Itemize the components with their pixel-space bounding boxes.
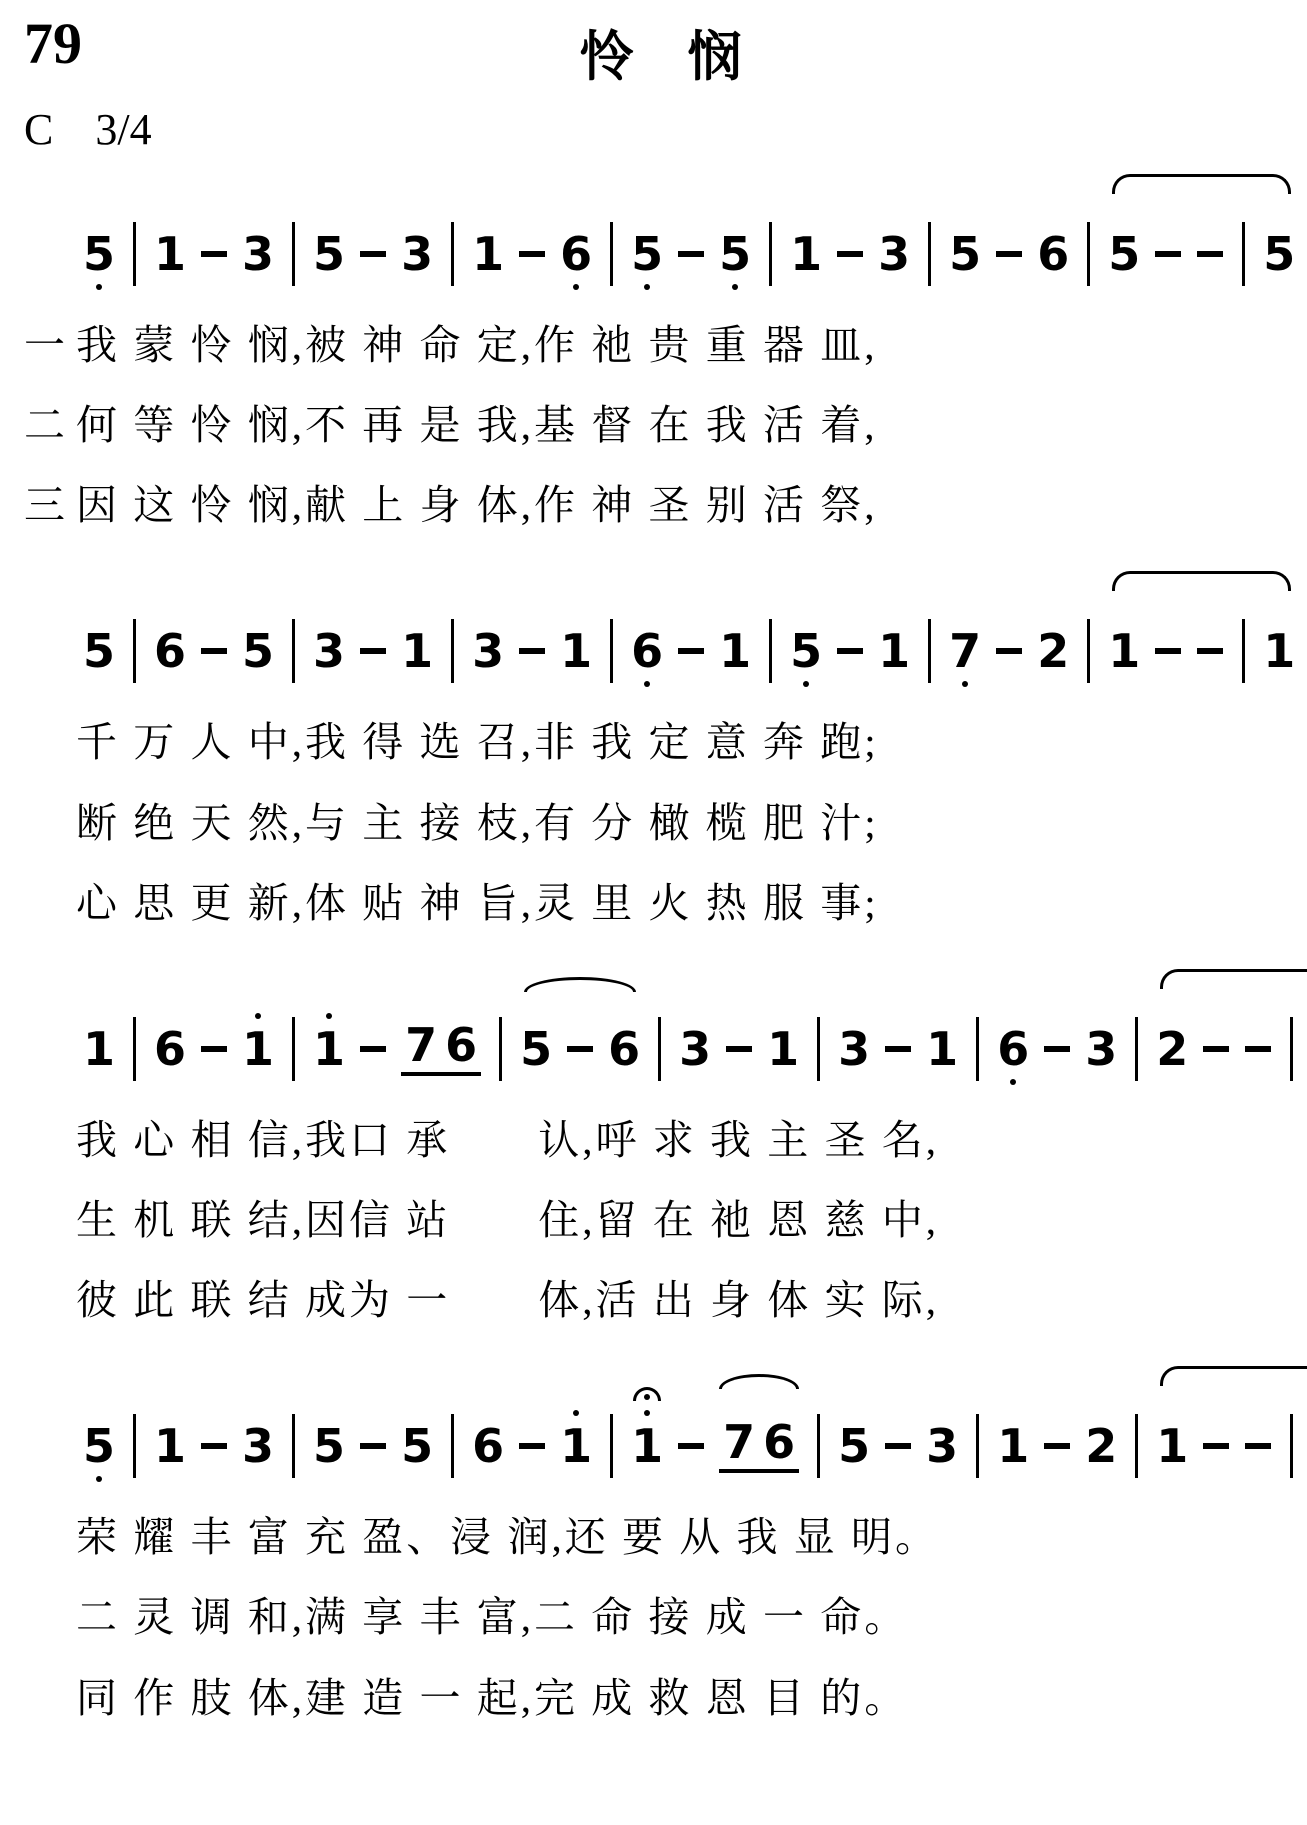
notation-line: 565313161517211 xyxy=(76,563,1297,701)
sheet-header: 79 怜 悯 C3/4 xyxy=(24,8,1297,166)
barline xyxy=(1135,1414,1138,1478)
note: 1 xyxy=(926,1026,958,1072)
note: 3 xyxy=(838,1026,870,1072)
duration-dash xyxy=(837,251,863,257)
note: 6 xyxy=(631,628,663,674)
note: 1 xyxy=(472,231,504,277)
tie-arc xyxy=(1160,1366,1307,1386)
barline xyxy=(292,222,295,286)
note: 1 xyxy=(631,1423,663,1469)
tie-arc xyxy=(1160,969,1307,989)
lyric-line: 二何 等 怜 悯,不 再 是 我,基 督 在 我 活 着, xyxy=(24,402,1297,449)
note: 1 xyxy=(1108,628,1140,674)
duration-dash xyxy=(1044,1046,1070,1052)
note: 5 xyxy=(242,628,274,674)
note: 3 xyxy=(878,231,910,277)
note: 6 xyxy=(763,1419,795,1465)
lyric-line: 心 思 更 新,体 贴 神 旨,灵 里 火 热 服 事; xyxy=(24,880,1297,927)
duration-dash xyxy=(201,1443,227,1449)
notation-line: 513531655135655 xyxy=(76,166,1297,304)
key-time-signature: C3/4 xyxy=(24,104,152,155)
lyric-text: 二 灵 调 和,满 享 丰 富,二 命 接 成 一 命。 xyxy=(76,1594,908,1641)
note: 5 xyxy=(83,231,115,277)
note: 1 xyxy=(560,628,592,674)
note: 1 xyxy=(154,231,186,277)
note: 5 xyxy=(83,628,115,674)
music-system: 565313161517211千 万 人 中,我 得 选 召,非 我 定 意 奔… xyxy=(24,563,1297,926)
lyric-line: 彼 此 联 结 成为 一 体,活 出 身 体 实 际, xyxy=(24,1277,1297,1324)
note: 3 xyxy=(926,1423,958,1469)
duration-dash xyxy=(885,1443,911,1449)
barline xyxy=(976,1017,979,1081)
note: 1 xyxy=(313,1026,345,1072)
hymn-sheet-page: 79 怜 悯 C3/4 513531655135655一我 蒙 怜 悯,被 神 … xyxy=(0,0,1307,1825)
music-system: 1611765631316322我 心 相 信,我口 承 认,呼 求 我 主 圣… xyxy=(24,961,1297,1324)
barline xyxy=(1290,1414,1293,1478)
note: 1 xyxy=(767,1026,799,1072)
barline xyxy=(1242,619,1245,683)
barline xyxy=(133,222,136,286)
note: 1 xyxy=(560,1423,592,1469)
note: 6 xyxy=(1037,231,1069,277)
lyric-text: 彼 此 联 结 成为 一 体,活 出 身 体 实 际, xyxy=(76,1277,939,1324)
fermata-icon xyxy=(633,1387,661,1401)
note: 2 xyxy=(1037,628,1069,674)
note: 5 xyxy=(1263,231,1295,277)
duration-dash xyxy=(519,251,545,257)
note: 1 xyxy=(401,628,433,674)
note: 1 xyxy=(242,1026,274,1072)
note: 1 xyxy=(1263,628,1295,674)
lyric-text: 心 思 更 新,体 贴 神 旨,灵 里 火 热 服 事; xyxy=(76,880,879,927)
barline xyxy=(451,1414,454,1478)
note: 7 xyxy=(723,1419,755,1465)
barline xyxy=(769,222,772,286)
note: 7 xyxy=(405,1022,437,1068)
beam-group: 76 xyxy=(719,1419,799,1473)
duration-dash xyxy=(996,648,1022,654)
note: 5 xyxy=(631,231,663,277)
duration-dash xyxy=(360,1046,386,1052)
duration-dash xyxy=(201,251,227,257)
duration-dash xyxy=(1203,1443,1229,1449)
note: 3 xyxy=(679,1026,711,1072)
duration-dash xyxy=(360,648,386,654)
barline xyxy=(451,222,454,286)
time-signature: 3/4 xyxy=(95,105,151,154)
note: 2 xyxy=(1085,1423,1117,1469)
lyric-text: 我 蒙 怜 悯,被 神 命 定,作 祂 贵 重 器 皿, xyxy=(76,322,878,369)
note: 6 xyxy=(154,628,186,674)
duration-dash xyxy=(1044,1443,1070,1449)
duration-dash xyxy=(201,648,227,654)
note: 1 xyxy=(83,1026,115,1072)
duration-dash xyxy=(1197,251,1223,257)
note: 5 xyxy=(1108,231,1140,277)
note: 6 xyxy=(445,1022,477,1068)
music-system: 5135561176531211荣 耀 丰 富 充 盈、浸 润,还 要 从 我 … xyxy=(24,1358,1297,1721)
barline xyxy=(133,619,136,683)
tie-arc xyxy=(1112,571,1291,591)
barline xyxy=(292,1017,295,1081)
barline xyxy=(1242,222,1245,286)
barline xyxy=(817,1017,820,1081)
duration-dash xyxy=(678,251,704,257)
lyric-line: 二 灵 调 和,满 享 丰 富,二 命 接 成 一 命。 xyxy=(24,1594,1297,1641)
duration-dash xyxy=(726,1046,752,1052)
duration-dash xyxy=(678,1443,704,1449)
duration-dash xyxy=(996,251,1022,257)
barline xyxy=(658,1017,661,1081)
lyric-text: 千 万 人 中,我 得 选 召,非 我 定 意 奔 跑; xyxy=(76,719,879,766)
note: 3 xyxy=(472,628,504,674)
note: 1 xyxy=(719,628,751,674)
barline xyxy=(610,619,613,683)
beam-group: 76 xyxy=(401,1022,481,1076)
lyric-text: 断 绝 天 然,与 主 接 枝,有 分 橄 榄 肥 汁; xyxy=(76,800,879,847)
note: 5 xyxy=(313,1423,345,1469)
duration-dash xyxy=(1155,251,1181,257)
barline xyxy=(610,222,613,286)
barline xyxy=(928,619,931,683)
barline xyxy=(1135,1017,1138,1081)
note: 2 xyxy=(1156,1026,1188,1072)
note: 7 xyxy=(949,628,981,674)
key-signature: C xyxy=(24,105,53,154)
barline xyxy=(817,1414,820,1478)
duration-dash xyxy=(519,1443,545,1449)
note: 3 xyxy=(313,628,345,674)
barline xyxy=(133,1017,136,1081)
barline xyxy=(292,1414,295,1478)
note: 5 xyxy=(401,1423,433,1469)
note: 5 xyxy=(719,231,751,277)
duration-dash xyxy=(360,1443,386,1449)
duration-dash xyxy=(1203,1046,1229,1052)
duration-dash xyxy=(885,1046,911,1052)
lyric-text: 荣 耀 丰 富 充 盈、浸 润,还 要 从 我 显 明。 xyxy=(76,1514,939,1561)
note: 5 xyxy=(83,1423,115,1469)
tie-arc xyxy=(1112,174,1291,194)
duration-dash xyxy=(1245,1443,1271,1449)
barline xyxy=(928,222,931,286)
duration-dash xyxy=(567,1046,593,1052)
note: 1 xyxy=(154,1423,186,1469)
duration-dash xyxy=(1155,648,1181,654)
barline xyxy=(451,619,454,683)
note: 1 xyxy=(997,1423,1029,1469)
slur-arc xyxy=(524,977,636,992)
note: 1 xyxy=(1156,1423,1188,1469)
barline xyxy=(1087,619,1090,683)
verse-label: 二 xyxy=(24,402,76,449)
barline xyxy=(292,619,295,683)
note: 5 xyxy=(838,1423,870,1469)
note: 1 xyxy=(790,231,822,277)
note: 3 xyxy=(1085,1026,1117,1072)
note: 6 xyxy=(560,231,592,277)
note: 6 xyxy=(997,1026,1029,1072)
lyric-text: 同 作 肢 体,建 造 一 起,完 成 救 恩 目 的。 xyxy=(76,1675,908,1722)
duration-dash xyxy=(1245,1046,1271,1052)
note: 1 xyxy=(878,628,910,674)
verse-label: 三 xyxy=(24,482,76,529)
lyric-text: 何 等 怜 悯,不 再 是 我,基 督 在 我 活 着, xyxy=(76,402,878,449)
duration-dash xyxy=(201,1046,227,1052)
note: 6 xyxy=(154,1026,186,1072)
note: 3 xyxy=(401,231,433,277)
lyric-line: 一我 蒙 怜 悯,被 神 命 定,作 祂 贵 重 器 皿, xyxy=(24,322,1297,369)
music-systems: 513531655135655一我 蒙 怜 悯,被 神 命 定,作 祂 贵 重 … xyxy=(24,166,1297,1722)
duration-dash xyxy=(519,648,545,654)
lyric-line: 千 万 人 中,我 得 选 召,非 我 定 意 奔 跑; xyxy=(24,719,1297,766)
lyric-text: 我 心 相 信,我口 承 认,呼 求 我 主 圣 名, xyxy=(76,1117,939,1164)
lyric-line: 我 心 相 信,我口 承 认,呼 求 我 主 圣 名, xyxy=(24,1117,1297,1164)
duration-dash xyxy=(837,648,863,654)
barline xyxy=(1290,1017,1293,1081)
notation-line: 5135561176531211 xyxy=(76,1358,1297,1496)
lyric-line: 断 绝 天 然,与 主 接 枝,有 分 橄 榄 肥 汁; xyxy=(24,800,1297,847)
note: 6 xyxy=(608,1026,640,1072)
note: 5 xyxy=(790,628,822,674)
note: 5 xyxy=(520,1026,552,1072)
note: 5 xyxy=(313,231,345,277)
note: 5 xyxy=(949,231,981,277)
hymn-title: 怜 悯 xyxy=(24,8,1297,91)
notation-line: 1611765631316322 xyxy=(76,961,1297,1099)
barline xyxy=(610,1414,613,1478)
verse-label: 一 xyxy=(24,322,76,369)
lyric-line: 三因 这 怜 悯,献 上 身 体,作 神 圣 别 活 祭, xyxy=(24,482,1297,529)
barline xyxy=(1087,222,1090,286)
duration-dash xyxy=(678,648,704,654)
note: 3 xyxy=(242,231,274,277)
lyric-line: 荣 耀 丰 富 充 盈、浸 润,还 要 从 我 显 明。 xyxy=(24,1514,1297,1561)
music-system: 513531655135655一我 蒙 怜 悯,被 神 命 定,作 祂 贵 重 … xyxy=(24,166,1297,529)
lyric-text: 生 机 联 结,因信 站 住,留 在 祂 恩 慈 中, xyxy=(76,1197,939,1244)
duration-dash xyxy=(1197,648,1223,654)
lyric-text: 因 这 怜 悯,献 上 身 体,作 神 圣 别 活 祭, xyxy=(76,482,878,529)
barline xyxy=(133,1414,136,1478)
barline xyxy=(499,1017,502,1081)
note: 6 xyxy=(472,1423,504,1469)
slur-arc xyxy=(719,1374,799,1389)
duration-dash xyxy=(360,251,386,257)
hymn-number: 79 xyxy=(24,10,82,77)
barline xyxy=(769,619,772,683)
lyric-line: 同 作 肢 体,建 造 一 起,完 成 救 恩 目 的。 xyxy=(24,1675,1297,1722)
note: 3 xyxy=(242,1423,274,1469)
barline xyxy=(976,1414,979,1478)
lyric-line: 生 机 联 结,因信 站 住,留 在 祂 恩 慈 中, xyxy=(24,1197,1297,1244)
